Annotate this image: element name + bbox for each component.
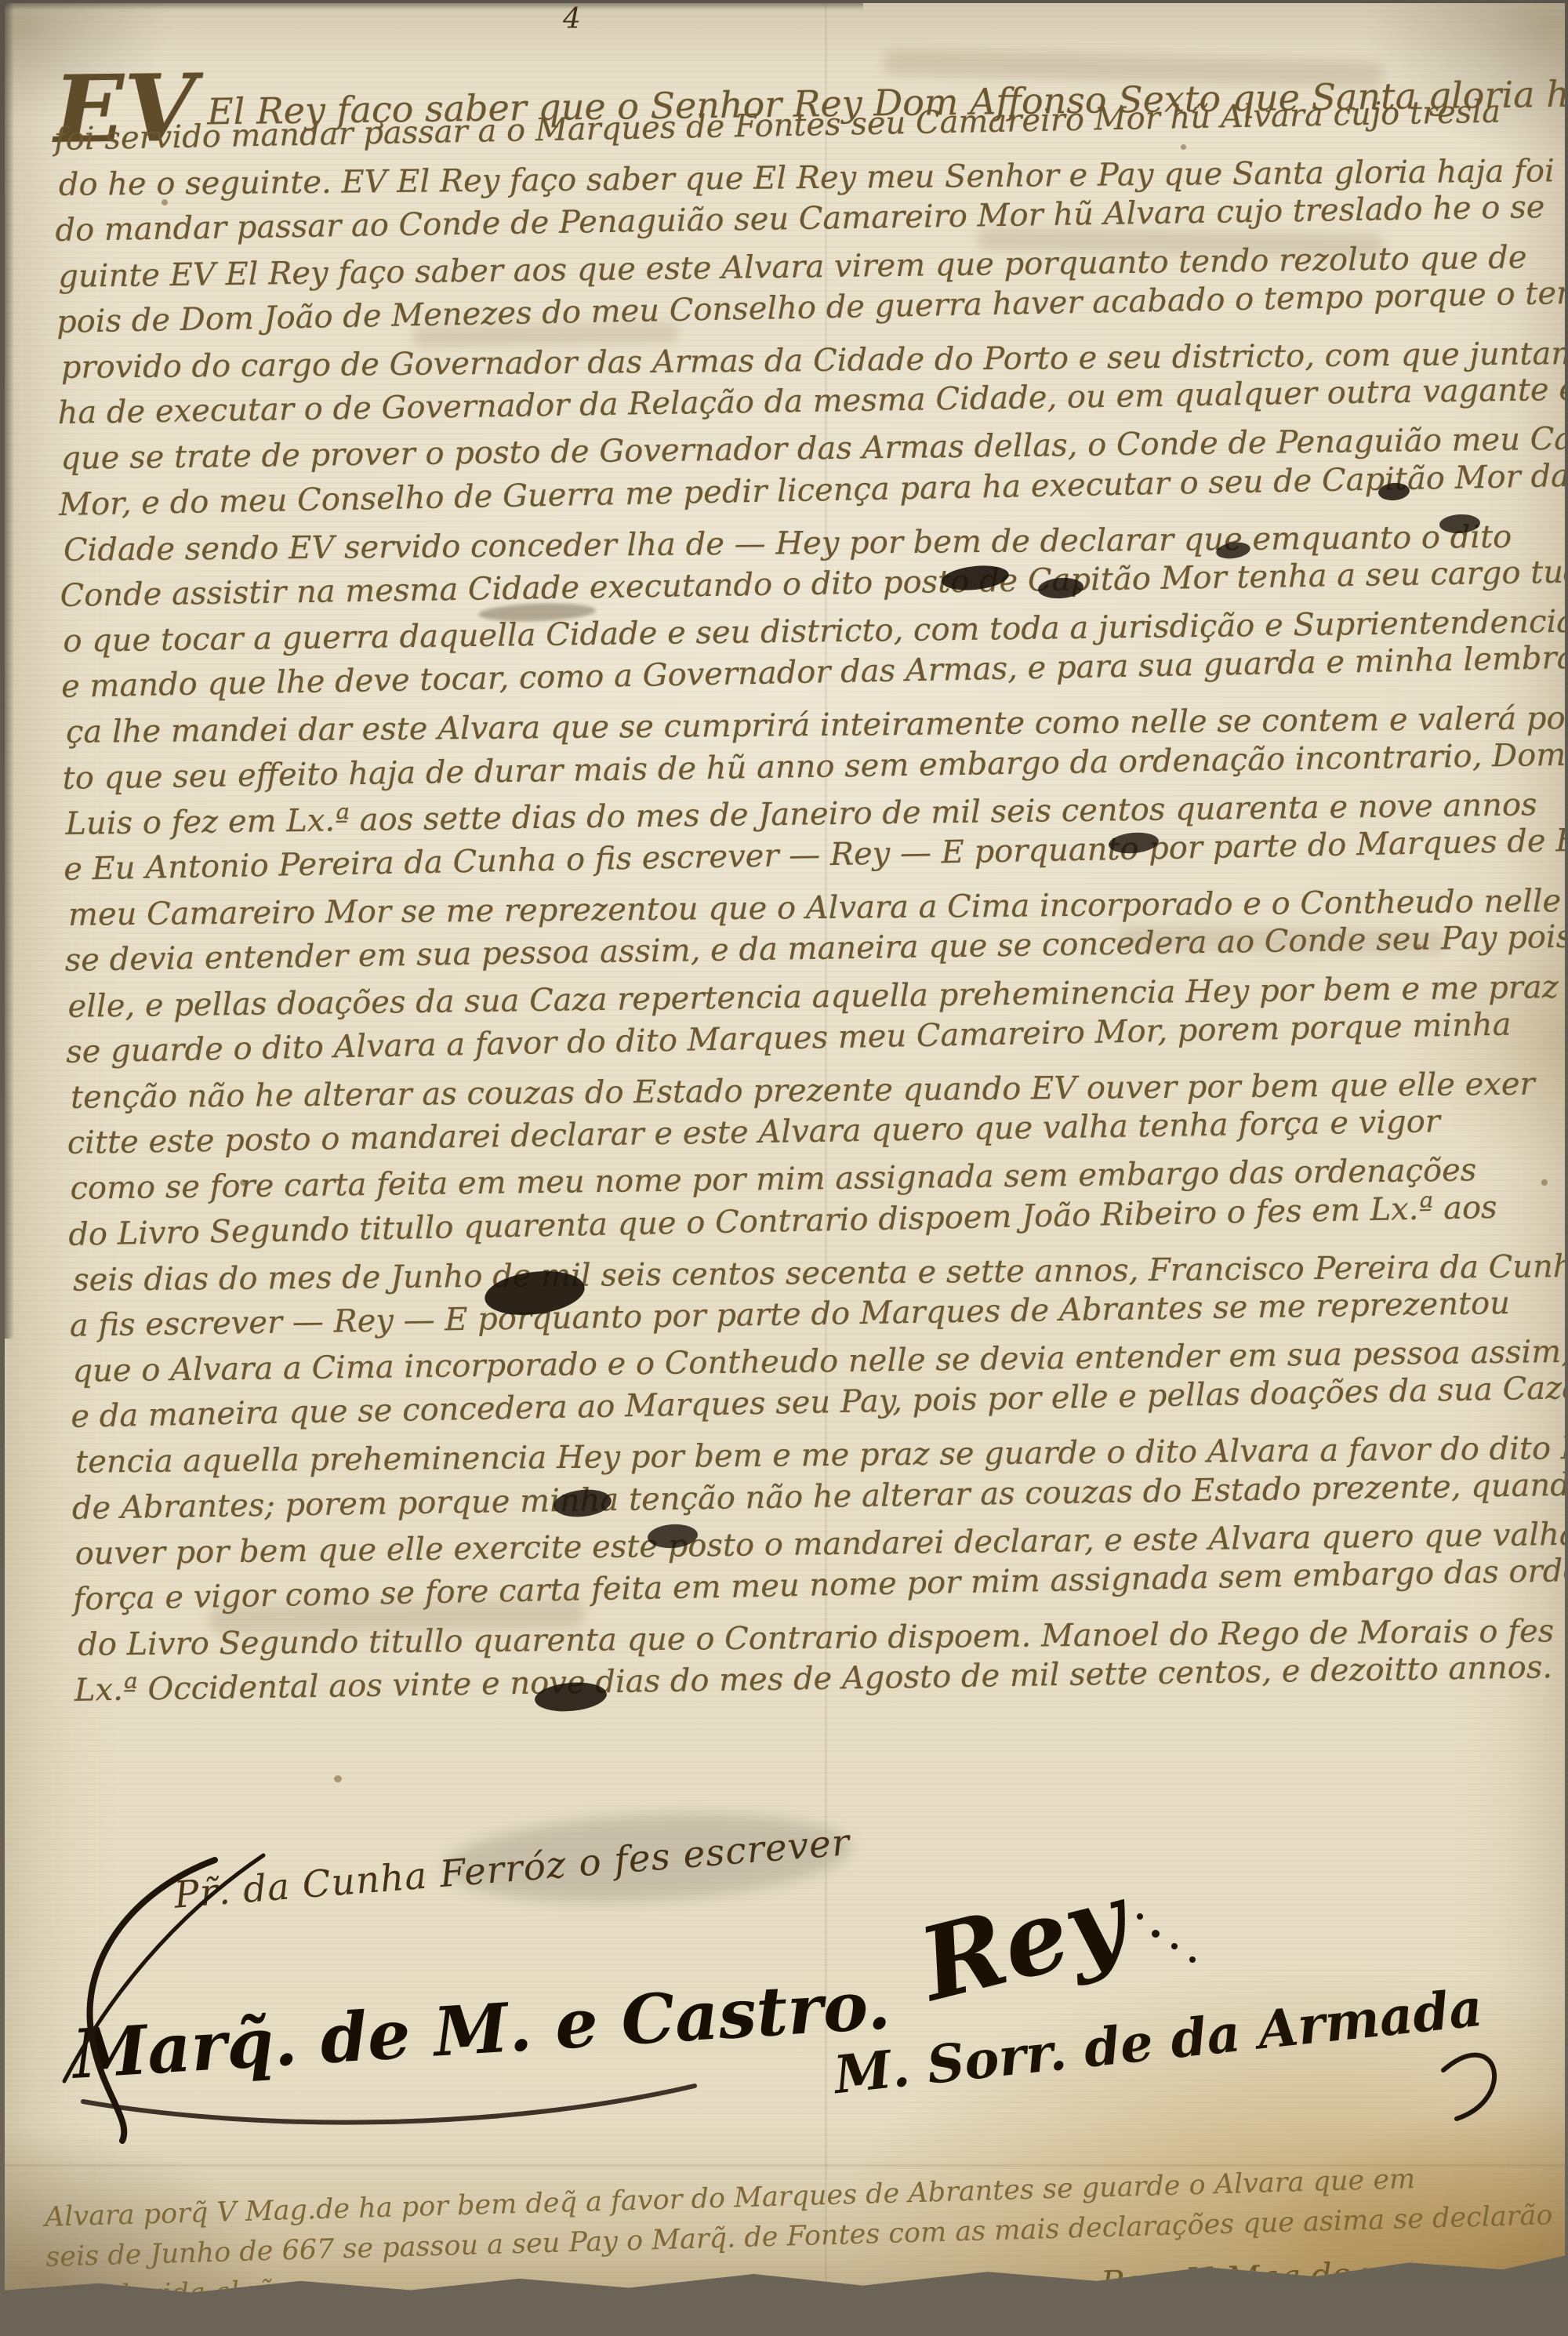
right-signature: M. Sorr. de da Armada — [831, 1977, 1485, 2105]
photo-backdrop: { "page": { "folio_mark": "4", "ink_colo… — [0, 0, 1568, 2336]
folio-mark: 4 — [563, 3, 581, 35]
foxing-spot — [1416, 944, 1421, 950]
foot-annotation: Alvara porq̃ V Mag.de ha por bem deq̃ a … — [44, 2156, 1560, 2306]
manuscript-text: EVEl Rey faço saber que o Senhor Rey Dom… — [53, 56, 1565, 1718]
foxing-spot — [1181, 144, 1186, 150]
foxing-spot — [162, 199, 168, 205]
manuscript-page: 4 EVEl Rey faço saber que o Senhor Rey D… — [5, 3, 1565, 2306]
royal-signature: Rey — [909, 1861, 1138, 2025]
paper-edge-shadow — [5, 3, 863, 10]
left-signature: Marq̃. de M. e Castro. — [71, 1965, 892, 2094]
foxing-spot — [334, 1775, 342, 1782]
foxing-spot — [240, 1179, 247, 1186]
foxing-spot — [1541, 1179, 1548, 1186]
paper-edge-shadow — [5, 3, 14, 1339]
text-lines: foi servido mandar passar a o Marques de… — [54, 102, 1565, 1718]
